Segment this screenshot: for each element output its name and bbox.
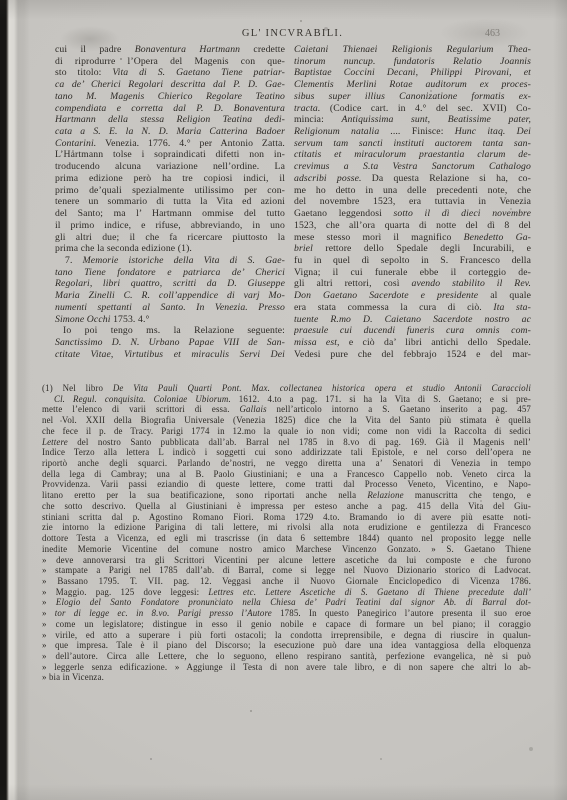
italic-text: tracta. bbox=[294, 103, 320, 114]
roman-text: del novembre 1523, era tuttavia in Venez… bbox=[294, 196, 531, 207]
text-line: cui il padre Bonaventura Hartmann credet… bbox=[55, 44, 285, 56]
roman-text: mette l’elenco di varii scrittori di ess… bbox=[42, 404, 239, 414]
roman-text: (Codice cart. in 4.° del sec. XVII) Co- bbox=[320, 103, 531, 114]
text-line: fu in quel dì sepolto in S. Francesco de… bbox=[294, 255, 531, 267]
text-line: Maria Zinelli C. R. coll’appendice di va… bbox=[55, 290, 285, 302]
text-line: tenere un sommario di tutta la Vita ed a… bbox=[55, 196, 285, 208]
roman-text: L’Hartmann tolse i sopraindicati difetti… bbox=[55, 149, 285, 160]
scan-edge-bottom bbox=[0, 784, 567, 800]
scan-edge-right bbox=[553, 0, 567, 800]
italic-text: De Vita Pauli Quarti Pont. Max. collecta… bbox=[113, 383, 531, 393]
roman-text: del Santo; ma l’ Hartmann ommise del tut… bbox=[55, 208, 285, 219]
italic-text: ctitatis et miraculorum praestantia clar… bbox=[294, 149, 531, 160]
text-line: che sotto descrivo. Quella al Giustinian… bbox=[42, 501, 531, 512]
book-page-scan: GL' INCVRABILI. 463 cui il padre Bonaven… bbox=[0, 0, 567, 800]
italic-text: tano M. Magenis Chierico Regolare Teatin… bbox=[55, 91, 285, 102]
roman-text: fu in quel dì sepolto in S. Francesco de… bbox=[294, 255, 531, 266]
roman-text: e ciò da’ libri antichi dello Spedale. bbox=[340, 337, 531, 348]
text-line: prima edizione però ha tre copiosi indic… bbox=[55, 173, 285, 185]
roman-text: 1785. In questo Panegirico l’autore pres… bbox=[280, 608, 531, 618]
italic-text: Lettres etc. Lettere Ascetiche di S. Gae… bbox=[208, 587, 531, 597]
roman-text: Vedesi pure che del febbrajo 1524 e del … bbox=[294, 349, 531, 360]
roman-text: al quale bbox=[478, 290, 531, 301]
roman-text: » que impresa. Tale è il piano del Disco… bbox=[42, 640, 531, 650]
roman-text: credette bbox=[240, 44, 285, 55]
roman-text: me ho detto in una delle precedenti note… bbox=[294, 185, 531, 196]
roman-text: » stampate a Parigi nel 1785 dall’ab. di… bbox=[42, 565, 531, 575]
text-line: missa est, e ciò da’ libri antichi dello… bbox=[294, 337, 531, 349]
text-line: della lega di Cambray; una al B. Paolo G… bbox=[42, 469, 531, 480]
italic-text: Regolari, libri quattro, scritti da D. G… bbox=[55, 278, 285, 289]
italic-text: numenti spettanti al Santo. In Venezia. … bbox=[55, 302, 285, 313]
text-line: » que impresa. Tale è il piano del Disco… bbox=[42, 640, 531, 651]
roman-text: » leggerle senza edificazione. » Aggiung… bbox=[42, 662, 531, 672]
footnote-block: (1) Nel libro De Vita Pauli Quarti Pont.… bbox=[42, 383, 531, 683]
italic-text: briel bbox=[294, 243, 313, 254]
roman-text: 1612. 4.to a pag. 171. si ha la Vita di … bbox=[231, 394, 531, 404]
roman-text: mincia: bbox=[294, 114, 341, 125]
roman-text: mese stesso morì il magnifico bbox=[294, 232, 464, 243]
main-text-block: cui il padre Bonaventura Hartmann credet… bbox=[55, 44, 531, 360]
text-line: servum tam sancti instituti auctorem tan… bbox=[294, 138, 531, 150]
roman-text: cui il padre bbox=[55, 44, 135, 55]
italic-text: Antiquissima sunt, Beatissime pater, bbox=[341, 114, 531, 125]
text-line: Lettere del nostro Santo pubblicata dall… bbox=[42, 437, 531, 448]
italic-text: Benedetto Ga- bbox=[464, 232, 531, 243]
text-line: Clementis Merlini Rotae auditorum ex pro… bbox=[294, 79, 531, 91]
page-number: 463 bbox=[485, 28, 500, 39]
text-line: dottore Testa a Vicenza, ed egli mi tras… bbox=[42, 533, 531, 544]
roman-text: » bia in Vicenza. bbox=[42, 672, 104, 682]
text-line: nel Vol. XXII della Biografia Universale… bbox=[42, 415, 531, 426]
text-line: » Bassano 1795. T. VII. pag. 12. Veggasi… bbox=[42, 576, 531, 587]
roman-text: Gaetano leggendosi bbox=[294, 208, 394, 219]
roman-text: della lega di Cambray; una al B. Paolo G… bbox=[42, 469, 531, 479]
roman-text: (1) Nel libro bbox=[42, 383, 113, 393]
italic-text: Caietani Thienaei Religionis Regularium … bbox=[294, 44, 531, 55]
roman-text: zie intorno la edizione Parigina di tali… bbox=[42, 522, 531, 532]
text-line: Indice Terzo alla lettera L indicò i sog… bbox=[42, 447, 531, 458]
italic-text: Bonaventura Hartmann bbox=[135, 44, 240, 55]
roman-text: gli altri rettori, così bbox=[294, 278, 411, 289]
text-line: » virile, ed atto a superare i più forti… bbox=[42, 630, 531, 641]
roman-text: primo de’quali spezialmente utilissimo p… bbox=[55, 185, 285, 196]
italic-text: missa est, bbox=[294, 337, 340, 348]
italic-text: sibus super illius Canonizatione formati… bbox=[294, 91, 531, 102]
roman-text: sto titolo: bbox=[55, 67, 112, 78]
roman-text: » dell’autore. Circa alle Lettere, che l… bbox=[42, 651, 531, 661]
text-line: Baptistae Coccini Decani, Philippi Pirov… bbox=[294, 67, 531, 79]
text-line: zie intorno la edizione Parigina di tali… bbox=[42, 522, 531, 533]
roman-text: 1753. 4.° bbox=[113, 314, 149, 325]
text-line: Vedesi pure che del febbrajo 1524 e del … bbox=[294, 349, 531, 361]
roman-text: Io poi tengo ms. la Relazione seguente: bbox=[63, 325, 285, 336]
text-line: sibus super illius Canonizatione formati… bbox=[294, 91, 531, 103]
italic-text: Gallais bbox=[239, 404, 266, 414]
italic-text: ctitate Vitae, Virtutibus et miraculis S… bbox=[55, 349, 285, 360]
roman-text: » bbox=[42, 597, 56, 607]
roman-text: Indice Terzo alla lettera L indicò i sog… bbox=[42, 447, 531, 457]
italic-text: praesule cui ducendi funeris cura omnis … bbox=[294, 325, 531, 336]
text-line: compendiata e corretta dal P. D. Bonaven… bbox=[55, 103, 285, 115]
text-line: Don Gaetano Sacerdote e presidente al qu… bbox=[294, 290, 531, 302]
roman-text: rettore dello Spedale degli Incurabili, … bbox=[313, 243, 531, 254]
text-line: tano M. Magenis Chierico Regolare Teatin… bbox=[55, 91, 285, 103]
text-line: Contarini. Venezia. 1776. 4.° per Antoni… bbox=[55, 138, 285, 150]
italic-text: tano Tiene fondatore e patriarca de’ Che… bbox=[55, 267, 285, 278]
roman-text: di riprodurre l’Opera del Magenis con qu… bbox=[55, 56, 285, 67]
text-line: tracta. (Codice cart. in 4.° del sec. XV… bbox=[294, 103, 531, 115]
roman-text: che fece il p. de Tracy. Parigi 1774 in … bbox=[42, 426, 531, 436]
italic-text: compendiata e corretta dal P. D. Bonaven… bbox=[55, 103, 285, 114]
roman-text: » deve annoverarsi tra gli Scrittori Vic… bbox=[42, 555, 531, 565]
roman-text: prima che la seconda edizione (1). bbox=[55, 243, 192, 254]
text-line: del novembre 1523, era tuttavia in Venez… bbox=[294, 196, 531, 208]
italic-text: Vita di S. Gaetano Tiene patriar- bbox=[112, 67, 285, 78]
italic-text: Maria Zinelli C. R. coll’appendice di va… bbox=[55, 290, 285, 301]
text-line: L’Hartmann tolse i sopraindicati difetti… bbox=[55, 149, 285, 161]
roman-text: gli altri due; il che fa ricercare piutt… bbox=[55, 232, 285, 243]
text-line: che fece il p. de Tracy. Parigi 1774 in … bbox=[42, 426, 531, 437]
roman-text: manuscritta che tengo, e bbox=[404, 490, 531, 500]
roman-text: era stata commessa la cura di ciò. bbox=[294, 302, 493, 313]
roman-text: del nostro Santo pubblicata dall’ab. Bar… bbox=[68, 437, 531, 447]
text-line: briel rettore dello Spedale degli Incura… bbox=[294, 243, 531, 255]
italic-text: Clementis Merlini Rotae auditorum ex pro… bbox=[294, 79, 531, 90]
text-line: » dell’autore. Circa alle Lettere, che l… bbox=[42, 651, 531, 662]
roman-text: 1523, che all’ora quarta di notte del dì… bbox=[294, 220, 531, 231]
text-line: numenti spettanti al Santo. In Venezia. … bbox=[55, 302, 285, 314]
roman-text: nel Vol. XXII della Biografia Universale… bbox=[42, 415, 531, 425]
roman-text: » come un legislatore; distingue in esso… bbox=[42, 619, 531, 629]
text-line: » Elogio del Santo Fondatore pronunciato… bbox=[42, 597, 531, 608]
text-line: gli altri rettori, così avendo stabilito… bbox=[294, 278, 531, 290]
left-column: cui il padre Bonaventura Hartmann credet… bbox=[55, 44, 285, 360]
text-line: crevimus a S.ta Vestra Sanctorum Cathalo… bbox=[294, 161, 531, 173]
text-line: Provvidenza. Varii passi eziandio di que… bbox=[42, 479, 531, 490]
text-line: » leggerle senza edificazione. » Aggiung… bbox=[42, 662, 531, 673]
italic-text: sotto il dì dieci novembre bbox=[394, 208, 532, 219]
text-line: riportò anche degli squarci. Parlando de… bbox=[42, 458, 531, 469]
right-column: Caietani Thienaei Religionis Regularium … bbox=[294, 44, 531, 360]
text-line: Gaetano leggendosi sotto il dì dieci nov… bbox=[294, 208, 531, 220]
roman-text: litano eretto per la sua beatificazione,… bbox=[42, 490, 367, 500]
text-line: adscribi posse. Da questa Relazione si h… bbox=[294, 173, 531, 185]
text-line: ctitate Vitae, Virtutibus et miraculis S… bbox=[55, 349, 285, 361]
text-line: inedite Memorie Vicentine del comune nos… bbox=[42, 544, 531, 555]
italic-text: Memorie istoriche della Vita di S. Gae- bbox=[83, 255, 285, 266]
italic-text: Baptistae Coccini Decani, Philippi Pirov… bbox=[294, 67, 531, 78]
italic-text: servum tam sancti instituti auctorem tan… bbox=[294, 138, 531, 149]
roman-text: stiniani scritta dal p. Agostino Romano … bbox=[42, 512, 531, 522]
roman-text: Venezia. 1776. 4.° per Antonio Zatta. bbox=[105, 138, 285, 149]
text-line: » come un legislatore; distingue in esso… bbox=[42, 619, 531, 630]
roman-text: riportò anche degli squarci. Parlando de… bbox=[42, 458, 531, 468]
italic-text: crevimus a S.ta Vestra Sanctorum Cathalo… bbox=[294, 161, 531, 172]
italic-text: Don Gaetano Sacerdote e presidente bbox=[294, 290, 478, 301]
text-line: del Santo; ma l’ Hartmann ommise del tut… bbox=[55, 208, 285, 220]
text-line: » bia in Vicenza. bbox=[42, 672, 531, 683]
text-line: mincia: Antiquissima sunt, Beatissime pa… bbox=[294, 114, 531, 126]
text-line: stiniani scritta dal p. Agostino Romano … bbox=[42, 512, 531, 523]
roman-text: troducendo alcuna variazione nell’ordine… bbox=[55, 161, 285, 172]
text-line: il primo indice, e rifuse, abbreviando, … bbox=[55, 220, 285, 232]
text-line: 7. Memorie istoriche della Vita di S. Ga… bbox=[55, 255, 285, 267]
text-line: Vigna; il cui funerale ebbe il corteggio… bbox=[294, 267, 531, 279]
italic-text: Simone Occhi bbox=[55, 314, 113, 325]
roman-text: 7. bbox=[65, 255, 83, 266]
text-line: » tor di legge ec. in 8.vo. Parigi press… bbox=[42, 608, 531, 619]
italic-text: ca de’ Cherici Regolari descritta dal P.… bbox=[55, 79, 285, 90]
roman-text: nell’articolo intorno a S. Gaetano inser… bbox=[267, 404, 531, 414]
italic-text: cata a S. E. la N. D. Maria Catterina Ba… bbox=[55, 126, 285, 137]
italic-text: Sanctissimo D. N. Urbano Papae VIII de S… bbox=[55, 337, 285, 348]
roman-text: » virile, ed atto a superare i più forti… bbox=[42, 630, 531, 640]
text-line: prima che la seconda edizione (1). bbox=[55, 243, 285, 255]
text-line: di riprodurre l’Opera del Magenis con qu… bbox=[55, 56, 285, 68]
italic-text: avendo stabilito il Rev. bbox=[411, 278, 531, 289]
text-line: troducendo alcuna variazione nell’ordine… bbox=[55, 161, 285, 173]
text-line: » Maggio. pag. 125 dove leggesi: Lettres… bbox=[42, 587, 531, 598]
roman-text: Da questa Relazione si ha, co- bbox=[362, 173, 531, 184]
text-line: Hartmann della stessa Religion Teatina d… bbox=[55, 114, 285, 126]
roman-text: dottore Testa a Vicenza, ed egli mi tras… bbox=[42, 533, 531, 543]
text-line: 1523, che all’ora quarta di notte del dì… bbox=[294, 220, 531, 232]
text-line: mese stesso morì il magnifico Benedetto … bbox=[294, 232, 531, 244]
italic-text: Contarini. bbox=[55, 138, 105, 149]
roman-text: prima edizione però ha tre copiosi indic… bbox=[55, 173, 285, 184]
italic-text: Relazione bbox=[367, 490, 403, 500]
italic-text: Elogio del Santo Fondatore pronunciato n… bbox=[56, 597, 531, 607]
italic-text: Cl. Regul. conquisita. Coloniae Ubiorum. bbox=[54, 394, 231, 404]
text-line: mette l’elenco di varii scrittori di ess… bbox=[42, 404, 531, 415]
text-line: Regolari, libri quattro, scritti da D. G… bbox=[55, 278, 285, 290]
roman-text: inedite Memorie Vicentine del comune nos… bbox=[42, 544, 531, 554]
text-line: ca de’ Cherici Regolari descritta dal P.… bbox=[55, 79, 285, 91]
text-line: (1) Nel libro De Vita Pauli Quarti Pont.… bbox=[42, 383, 531, 394]
text-line: gli altri due; il che fa ricercare piutt… bbox=[55, 232, 285, 244]
text-line: sto titolo: Vita di S. Gaetano Tiene pat… bbox=[55, 67, 285, 79]
text-line: Caietani Thienaei Religionis Regularium … bbox=[294, 44, 531, 56]
italic-text: Lettere bbox=[42, 437, 68, 447]
text-line: tuente R.mo D. Caietano Sacerdote nostro… bbox=[294, 314, 531, 326]
roman-text: » Bassano 1795. T. VII. pag. 12. Veggasi… bbox=[42, 576, 531, 586]
binding-edge bbox=[0, 0, 30, 800]
roman-text: che sotto descrivo. Quella al Giustinian… bbox=[42, 501, 531, 511]
text-line: Io poi tengo ms. la Relazione seguente: bbox=[55, 325, 285, 337]
text-line: » stampate a Parigi nel 1785 dall’ab. di… bbox=[42, 565, 531, 576]
text-line: primo de’quali spezialmente utilissimo p… bbox=[55, 185, 285, 197]
roman-text: » bbox=[42, 608, 55, 618]
italic-text: tinorum nuncup. fundatoris Relatio Joann… bbox=[294, 56, 531, 67]
text-line: Sanctissimo D. N. Urbano Papae VIII de S… bbox=[55, 337, 285, 349]
text-line: Simone Occhi 1753. 4.° bbox=[55, 314, 285, 326]
italic-text: Hartmann della stessa Religion Teatina d… bbox=[55, 114, 285, 125]
italic-text: Ita sta- bbox=[493, 302, 531, 313]
roman-text: Provvidenza. Varii passi eziandio di que… bbox=[42, 479, 531, 489]
text-line: litano eretto per la sua beatificazione,… bbox=[42, 490, 531, 501]
text-line: praesule cui ducendi funeris cura omnis … bbox=[294, 325, 531, 337]
roman-text: Vigna; il cui funerale ebbe il corteggio… bbox=[294, 267, 531, 278]
roman-text: » Maggio. pag. 125 dove leggesi: bbox=[42, 587, 208, 597]
text-line: ctitatis et miraculorum praestantia clar… bbox=[294, 149, 531, 161]
running-title: GL' INCVRABILI. bbox=[55, 28, 530, 39]
text-line: tano Tiene fondatore e patriarca de’ Che… bbox=[55, 267, 285, 279]
text-line: era stata commessa la cura di ciò. Ita s… bbox=[294, 302, 531, 314]
italic-text: tor di legge ec. in 8.vo. Parigi presso … bbox=[55, 608, 280, 618]
italic-text: Religionum natalia .... bbox=[294, 126, 401, 137]
roman-text: tenere un sommario di tutta la Vita ed a… bbox=[55, 196, 285, 207]
text-line: » deve annoverarsi tra gli Scrittori Vic… bbox=[42, 555, 531, 566]
text-line: me ho detto in una delle precedenti note… bbox=[294, 185, 531, 197]
roman-text: il primo indice, e rifuse, abbreviando, … bbox=[55, 220, 285, 231]
italic-text: tuente R.mo D. Caietano Sacerdote nostro… bbox=[294, 314, 531, 325]
text-line: tinorum nuncup. fundatoris Relatio Joann… bbox=[294, 56, 531, 68]
italic-text: Hunc itaq. Dei bbox=[455, 126, 531, 137]
text-line: Cl. Regul. conquisita. Coloniae Ubiorum.… bbox=[42, 394, 531, 405]
text-line: Religionum natalia .... Finisce: Hunc it… bbox=[294, 126, 531, 138]
roman-text: Finisce: bbox=[401, 126, 455, 137]
text-line: cata a S. E. la N. D. Maria Catterina Ba… bbox=[55, 126, 285, 138]
italic-text: adscribi posse. bbox=[294, 173, 362, 184]
scan-edge-top bbox=[0, 0, 567, 20]
page-header: GL' INCVRABILI. 463 bbox=[55, 28, 530, 42]
